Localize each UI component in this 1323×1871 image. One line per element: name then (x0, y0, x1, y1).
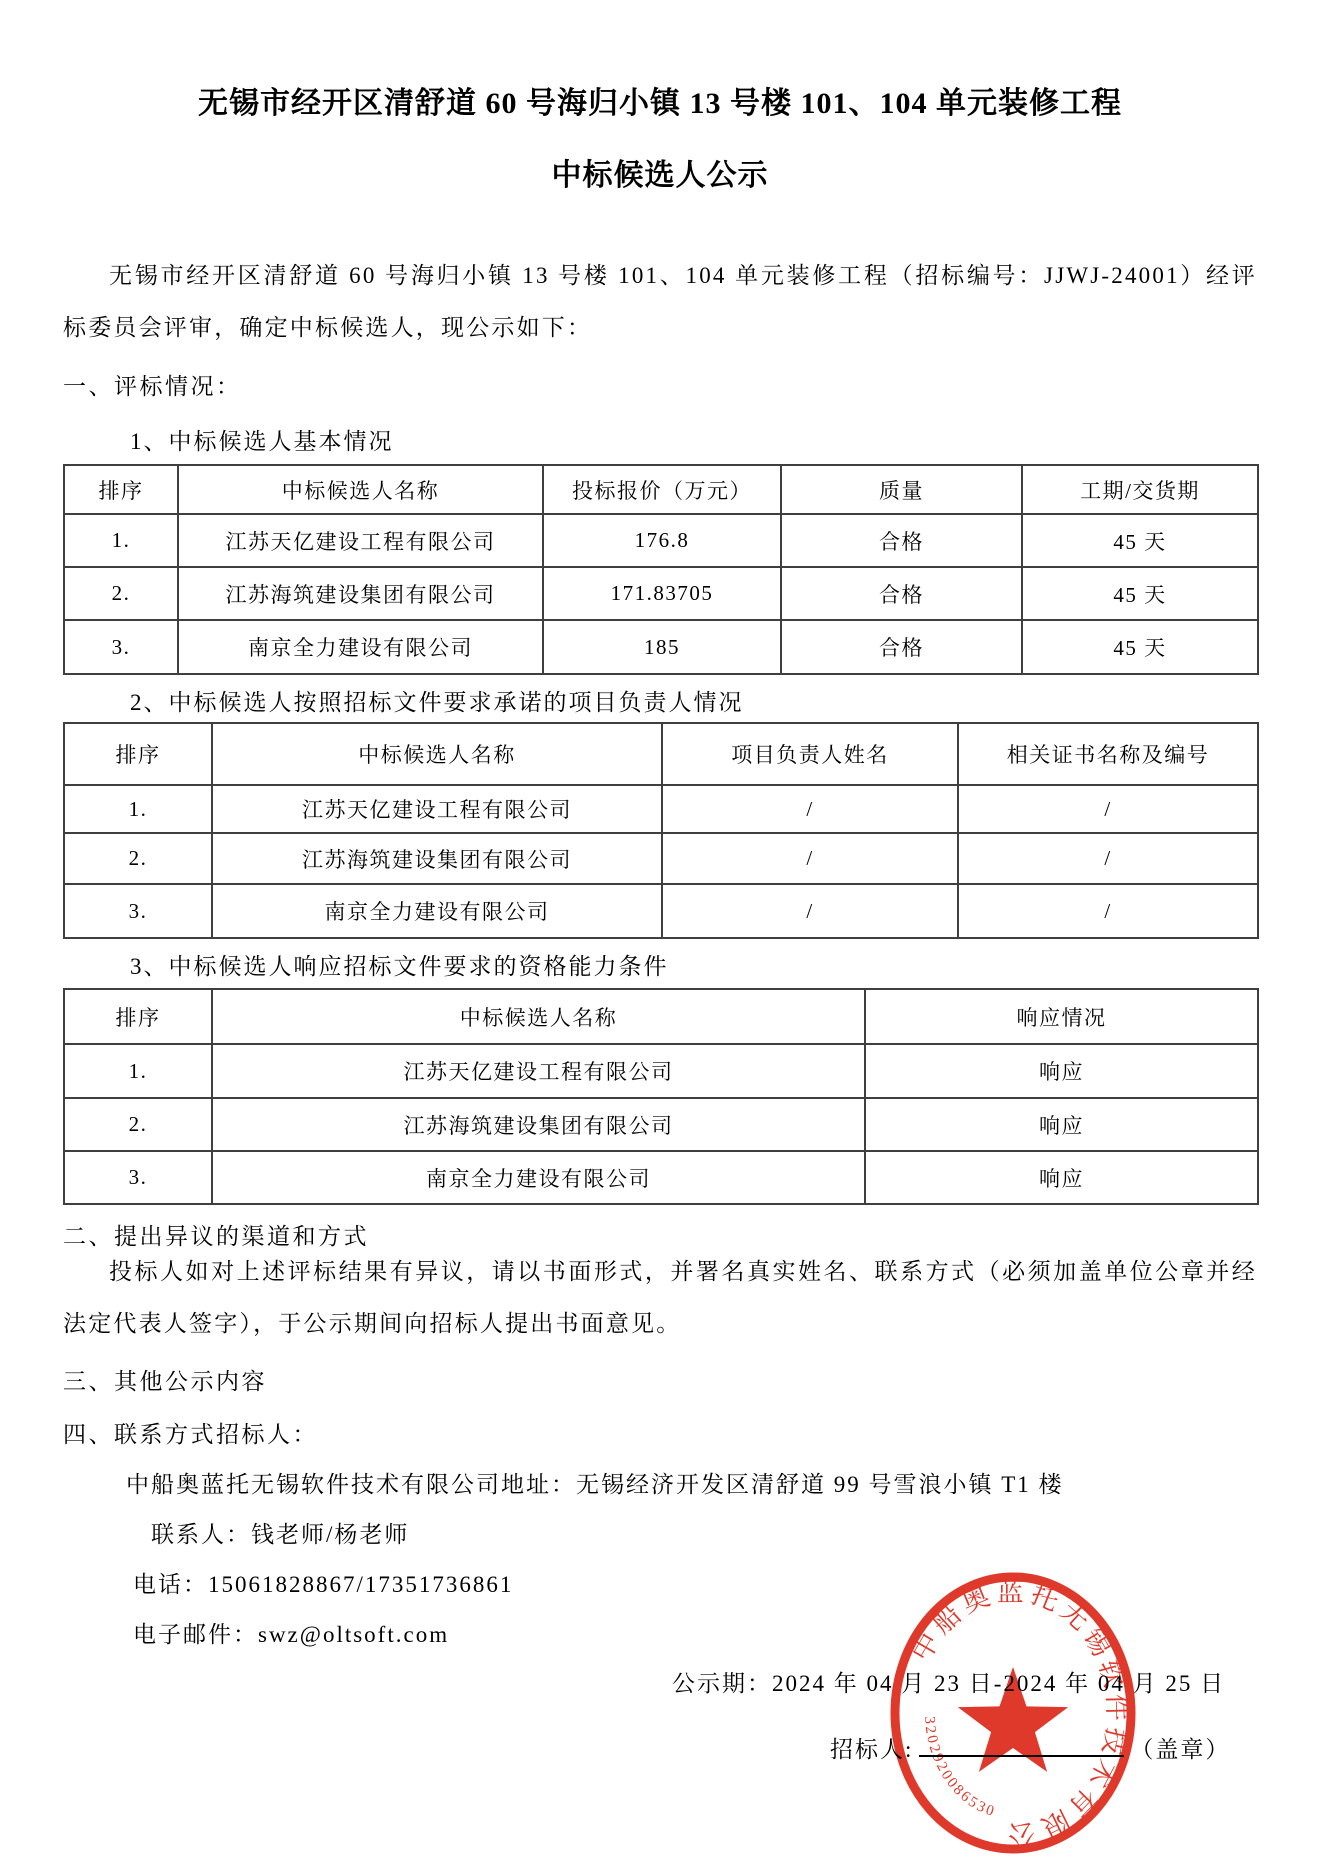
cell-company: 江苏天亿建设工程有限公司 (212, 785, 662, 833)
column-header: 工期/交货期 (1022, 465, 1258, 514)
table-row: 3. 南京全力建设有限公司 185 合格 45 天 (64, 620, 1258, 674)
table-row: 1. 江苏天亿建设工程有限公司 响应 (64, 1044, 1258, 1098)
seal-number-text: 3202920086530 (921, 1716, 998, 1821)
cell-price: 185 (543, 620, 781, 674)
cell-certificate: / (958, 833, 1258, 884)
cell-company: 江苏天亿建设工程有限公司 (212, 1044, 865, 1098)
seal-number-arc: 3202920086530 (921, 1716, 998, 1821)
cell-price: 176.8 (543, 514, 781, 567)
cell-rank: 1. (64, 1044, 212, 1098)
basic-info-table: 排序 中标候选人名称 投标报价（万元） 质量 工期/交货期 1. 江苏天亿建设工… (63, 464, 1259, 675)
table-row: 3. 南京全力建设有限公司 / / (64, 884, 1258, 938)
subsection-heading-basic: 1、中标候选人基本情况 (130, 423, 394, 456)
table-row: 3. 南京全力建设有限公司 响应 (64, 1151, 1258, 1204)
table-row: 2. 江苏海筑建设集团有限公司 响应 (64, 1098, 1258, 1151)
column-header: 中标候选人名称 (178, 465, 543, 514)
cell-response: 响应 (865, 1151, 1258, 1204)
cell-rank: 2. (64, 833, 212, 884)
column-header: 响应情况 (865, 989, 1258, 1044)
column-header: 排序 (64, 989, 212, 1044)
cell-company: 江苏海筑建设集团有限公司 (178, 567, 543, 620)
cell-duration: 45 天 (1022, 620, 1258, 674)
doc-title-line2: 中标候选人公示 (63, 157, 1257, 195)
table-row: 1. 江苏天亿建设工程有限公司 176.8 合格 45 天 (64, 514, 1258, 567)
column-header: 项目负责人姓名 (662, 723, 958, 785)
cell-rank: 1. (64, 514, 178, 567)
company-seal: 中船奥蓝托无锡软件技术有限公司 3202920086530 (885, 1569, 1141, 1857)
contact-phone-line: 电话：15061828867/17351736861 (133, 1566, 513, 1599)
cell-manager: / (662, 833, 958, 884)
cell-company: 江苏海筑建设集团有限公司 (212, 1098, 865, 1151)
column-header: 中标候选人名称 (212, 989, 865, 1044)
cell-rank: 1. (64, 785, 212, 833)
cell-rank: 3. (64, 1151, 212, 1204)
cell-certificate: / (958, 785, 1258, 833)
section-heading-evaluation: 一、评标情况： (63, 368, 242, 401)
cell-quality: 合格 (781, 620, 1022, 674)
section-heading-contact: 四、联系方式招标人： (63, 1416, 318, 1449)
cell-rank: 3. (64, 884, 212, 938)
column-header: 相关证书名称及编号 (958, 723, 1258, 785)
document-page: { "title": { "line1": "无锡市经开区清舒道 60 号海归小… (0, 0, 1323, 1871)
cell-certificate: / (958, 884, 1258, 938)
seal-star-icon (958, 1667, 1068, 1772)
cell-company: 江苏海筑建设集团有限公司 (212, 833, 662, 884)
table-row: 1. 江苏天亿建设工程有限公司 / / (64, 785, 1258, 833)
column-header: 投标报价（万元） (543, 465, 781, 514)
section-heading-other: 三、其他公示内容 (63, 1363, 267, 1396)
cell-quality: 合格 (781, 567, 1022, 620)
cell-rank: 2. (64, 567, 178, 620)
contact-email-line: 电子邮件：swz@oltsoft.com (133, 1616, 449, 1649)
cell-rank: 3. (64, 620, 178, 674)
table-row: 2. 江苏海筑建设集团有限公司 / / (64, 833, 1258, 884)
cell-company: 南京全力建设有限公司 (212, 884, 662, 938)
column-header: 中标候选人名称 (212, 723, 662, 785)
project-manager-table: 排序 中标候选人名称 项目负责人姓名 相关证书名称及编号 1. 江苏天亿建设工程… (63, 722, 1259, 939)
cell-company: 南京全力建设有限公司 (212, 1151, 865, 1204)
doc-title-line1: 无锡市经开区清舒道 60 号海归小镇 13 号楼 101、104 单元装修工程 (63, 85, 1257, 123)
contact-person-line: 联系人：钱老师/杨老师 (151, 1516, 409, 1549)
cell-company: 江苏天亿建设工程有限公司 (178, 514, 543, 567)
cell-rank: 2. (64, 1098, 212, 1151)
contact-address-line: 中船奥蓝托无锡软件技术有限公司地址：无锡经济开发区清舒道 99 号雪浪小镇 T1… (126, 1466, 1064, 1499)
cell-company: 南京全力建设有限公司 (178, 620, 543, 674)
cell-price: 171.83705 (543, 567, 781, 620)
qualification-table: 排序 中标候选人名称 响应情况 1. 江苏天亿建设工程有限公司 响应 2. 江苏… (63, 988, 1259, 1205)
cell-response: 响应 (865, 1044, 1258, 1098)
table-row: 2. 江苏海筑建设集团有限公司 171.83705 合格 45 天 (64, 567, 1258, 620)
seal-label: （盖章） (1130, 1737, 1230, 1762)
objection-paragraph: 投标人如对上述评标结果有异议，请以书面形式，并署名真实姓名、联系方式（必须加盖单… (63, 1246, 1257, 1350)
cell-duration: 45 天 (1022, 567, 1258, 620)
table-header-row: 排序 中标候选人名称 响应情况 (64, 989, 1258, 1044)
cell-manager: / (662, 884, 958, 938)
column-header: 排序 (64, 465, 178, 514)
column-header: 质量 (781, 465, 1022, 514)
cell-quality: 合格 (781, 514, 1022, 567)
cell-manager: / (662, 785, 958, 833)
cell-duration: 45 天 (1022, 514, 1258, 567)
subsection-heading-manager: 2、中标候选人按照招标文件要求承诺的项目负责人情况 (130, 684, 744, 717)
cell-response: 响应 (865, 1098, 1258, 1151)
intro-paragraph: 无锡市经开区清舒道 60 号海归小镇 13 号楼 101、104 单元装修工程（… (63, 250, 1257, 354)
subsection-heading-qualification: 3、中标候选人响应招标文件要求的资格能力条件 (130, 948, 669, 981)
table-header-row: 排序 中标候选人名称 投标报价（万元） 质量 工期/交货期 (64, 465, 1258, 514)
column-header: 排序 (64, 723, 212, 785)
table-header-row: 排序 中标候选人名称 项目负责人姓名 相关证书名称及编号 (64, 723, 1258, 785)
